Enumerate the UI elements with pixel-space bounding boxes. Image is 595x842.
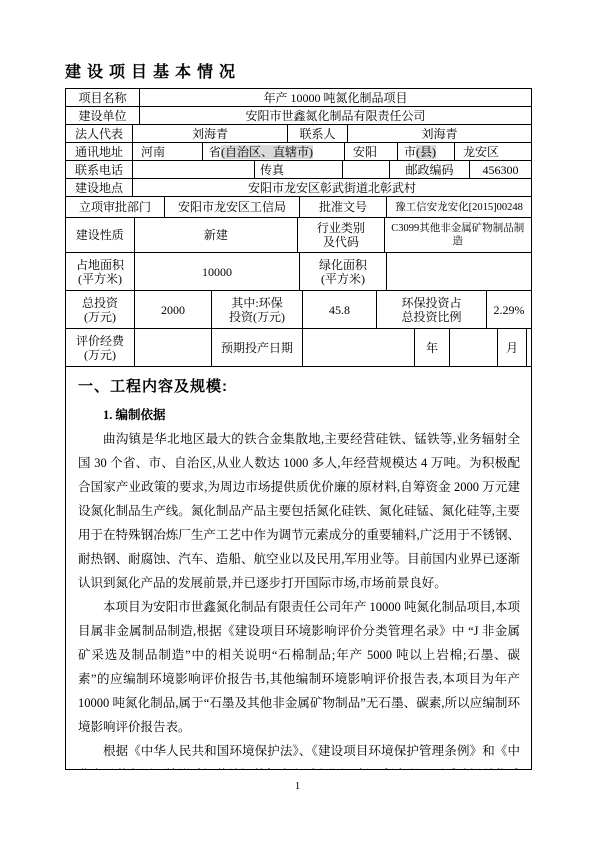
phone-label: 联系电话 xyxy=(66,161,133,178)
year-label: 年 xyxy=(415,329,450,366)
address-label: 通讯地址 xyxy=(66,143,133,160)
row-approval-department: 立项审批部门 安阳市龙安区工信局 批准文号 豫工信安龙安化[2015]00248 xyxy=(66,197,531,218)
row-project-name: 项目名称 年产 10000 吨氮化制品项目 xyxy=(66,89,531,107)
row-legal-representative: 法人代表 刘海青 联系人 刘海青 xyxy=(66,125,531,143)
section-cell: 一、工程内容及规模: 1. 编制依据 曲沟镇是华北地区最大的铁合金集散地,主要经… xyxy=(66,367,531,769)
year-value xyxy=(450,329,498,366)
green-area-label: 绿化面积 (平方米) xyxy=(300,253,387,290)
section-subheading: 1. 编制依据 xyxy=(78,403,520,427)
production-date-label: 预期投产日期 xyxy=(212,329,303,366)
document-title: 建设项目基本情况 xyxy=(65,59,241,82)
project-info-table: 项目名称 年产 10000 吨氮化制品项目 建设单位 安阳市世鑫氮化制品有限责任… xyxy=(65,88,532,770)
paragraph-market-background: 曲沟镇是华北地区最大的铁合金集散地,主要经营硅铁、锰铁等,业务辐射全国 30 个… xyxy=(78,427,520,595)
total-investment-label: 总投资 (万元) xyxy=(66,291,135,328)
city-unit-text: 市 xyxy=(404,145,416,159)
address-province-unit: 省(自治区、直辖市) xyxy=(203,143,345,160)
project-name-label: 项目名称 xyxy=(66,89,140,106)
total-investment-value: 2000 xyxy=(135,291,212,328)
legal-rep-label: 法人代表 xyxy=(66,125,133,142)
province-unit-text: 省 xyxy=(209,145,221,159)
paragraph-project-category: 本项目为安阳市世鑫氮化制品有限责任公司年产 10000 吨氮化制品项目,本项目属… xyxy=(78,595,520,739)
approval-doc-label: 批准文号 xyxy=(300,197,387,217)
address-province: 河南 xyxy=(133,143,203,160)
legal-rep-value: 刘海青 xyxy=(133,125,288,142)
land-area-value: 10000 xyxy=(135,253,300,290)
industry-code-value: C3099其他非金属矿物制品制造 xyxy=(385,218,531,252)
site-value: 安阳市龙安区彰武街道北彰武村 xyxy=(133,179,531,196)
contact-person-value: 刘海青 xyxy=(348,125,531,142)
section-heading: 一、工程内容及规模: xyxy=(78,374,520,400)
eval-fee-value xyxy=(135,329,212,366)
env-investment-label: 其中:环保 投资(万元) xyxy=(212,291,303,328)
fax-value xyxy=(343,161,390,178)
env-ratio-value: 2.29% xyxy=(487,291,531,328)
land-area-label: 占地面积 (平方米) xyxy=(66,253,135,290)
month-value xyxy=(527,329,531,366)
industry-code-label: 行业类别 及代码 xyxy=(298,218,384,252)
address-city: 安阳 xyxy=(345,143,398,160)
project-name-value: 年产 10000 吨氮化制品项目 xyxy=(140,89,531,106)
city-unit-paren: (县) xyxy=(416,145,436,159)
postcode-label: 邮政编码 xyxy=(390,161,470,178)
eval-fee-label: 评价经费 (万元) xyxy=(66,329,135,366)
row-total-investment: 总投资 (万元) 2000 其中:环保 投资(万元) 45.8 环保投资占 总投… xyxy=(66,291,531,329)
row-construction-nature: 建设性质 新建 行业类别 及代码 C3099其他非金属矿物制品制造 xyxy=(66,218,531,253)
row-construction-unit: 建设单位 安阳市世鑫氮化制品有限责任公司 xyxy=(66,107,531,125)
row-section-content: 一、工程内容及规模: 1. 编制依据 曲沟镇是华北地区最大的铁合金集散地,主要经… xyxy=(66,367,531,769)
row-phone: 联系电话 传真 邮政编码 456300 xyxy=(66,161,531,179)
month-label: 月 xyxy=(498,329,527,366)
address-city-unit: 市(县) xyxy=(398,143,455,160)
document-page: 建设项目基本情况 项目名称 年产 10000 吨氮化制品项目 建设单位 安阳市世… xyxy=(0,0,595,842)
site-label: 建设地点 xyxy=(66,179,133,196)
nature-value: 新建 xyxy=(135,218,299,252)
row-construction-site: 建设地点 安阳市龙安区彰武街道北彰武村 xyxy=(66,179,531,197)
postcode-value: 456300 xyxy=(470,161,531,178)
approval-dept-value: 安阳市龙安区工信局 xyxy=(165,197,300,217)
row-evaluation-fee: 评价经费 (万元) 预期投产日期 年 月 xyxy=(66,329,531,367)
green-area-value xyxy=(387,253,531,290)
construction-unit-value: 安阳市世鑫氮化制品有限责任公司 xyxy=(140,107,531,124)
nature-label: 建设性质 xyxy=(66,218,135,252)
page-number: 1 xyxy=(0,780,595,792)
env-investment-value: 45.8 xyxy=(303,291,377,328)
approval-dept-label: 立项审批部门 xyxy=(66,197,165,217)
province-unit-paren: (自治区、直辖市) xyxy=(221,145,313,159)
address-district: 龙安区 xyxy=(455,143,531,160)
approval-doc-value: 豫工信安龙安化[2015]00248 xyxy=(387,197,531,217)
paragraph-legal-basis: 根据《中华人民共和国环境保护法》、《建设项目环境保护管理条例》和《中华人民共和国… xyxy=(78,739,520,769)
production-date-value xyxy=(303,329,415,366)
row-mailing-address: 通讯地址 河南 省(自治区、直辖市) 安阳 市(县) 龙安区 xyxy=(66,143,531,161)
row-land-area: 占地面积 (平方米) 10000 绿化面积 (平方米) xyxy=(66,253,531,291)
phone-value xyxy=(133,161,255,178)
contact-person-label: 联系人 xyxy=(288,125,348,142)
fax-label: 传真 xyxy=(255,161,343,178)
env-ratio-label: 环保投资占 总投资比例 xyxy=(377,291,487,328)
construction-unit-label: 建设单位 xyxy=(66,107,140,124)
